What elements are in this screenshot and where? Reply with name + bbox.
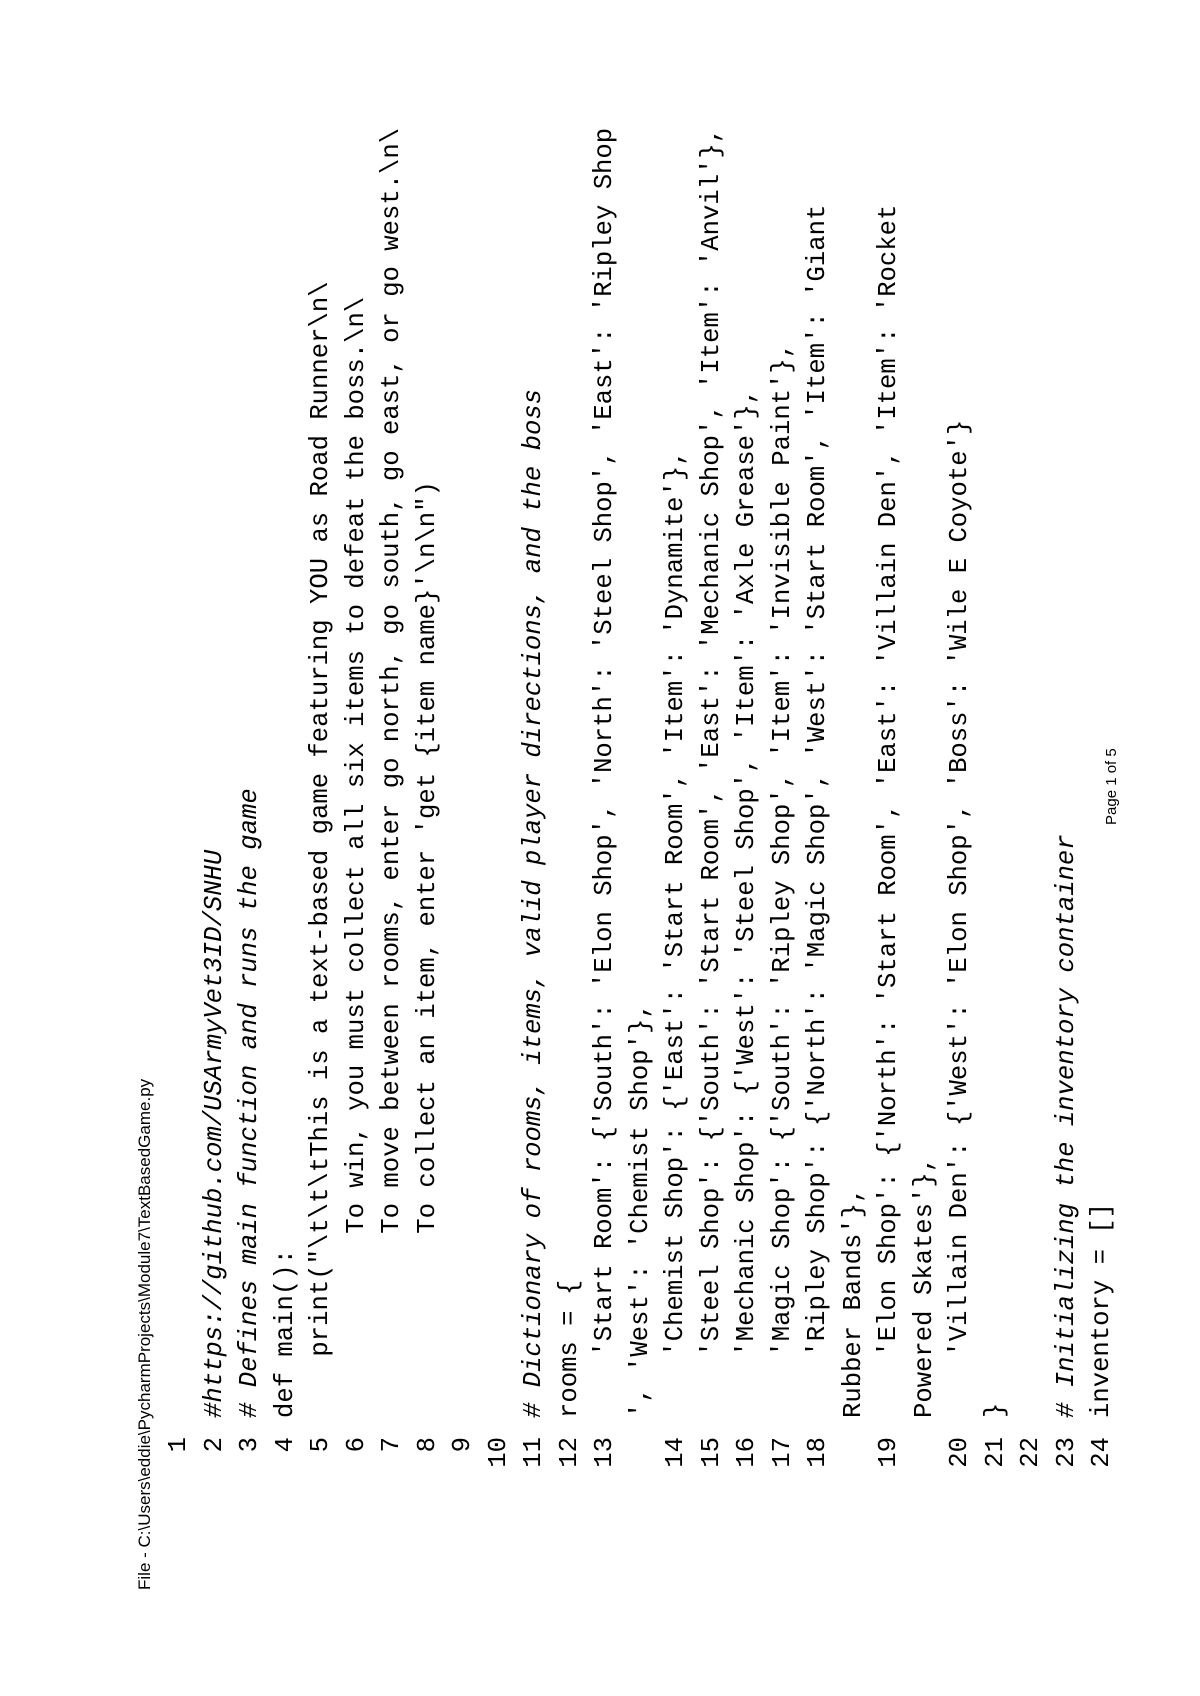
code-text: } bbox=[981, 1403, 1010, 1437]
line-number: 17 bbox=[765, 1437, 801, 1696]
code-text bbox=[164, 1418, 193, 1437]
line-number: 15 bbox=[694, 1437, 730, 1696]
code-line-row: 23# Initializing the inventory container bbox=[1049, 128, 1085, 1696]
code-line-row: 21} bbox=[978, 128, 1014, 1696]
code-text: Powered Skates'}, bbox=[910, 1157, 939, 1437]
code-line-row: 9 bbox=[445, 128, 481, 1696]
code-text: 'Chemist Shop': {'East': 'Start Room', '… bbox=[661, 450, 690, 1437]
code-text: 'Villain Den': {'West': 'Elon Shop', 'Bo… bbox=[945, 420, 974, 1437]
code-comment-text: # Defines main function and runs the gam… bbox=[235, 788, 264, 1437]
code-line-row: 2#https://github.com/USArmyVet3ID/SNHU bbox=[197, 128, 233, 1696]
line-number: 11 bbox=[516, 1437, 552, 1696]
code-line-row: 22 bbox=[1013, 128, 1049, 1696]
line-number: 14 bbox=[658, 1437, 694, 1696]
line-number: 10 bbox=[481, 1437, 517, 1696]
line-number: 5 bbox=[303, 1437, 339, 1696]
line-number: 12 bbox=[552, 1437, 588, 1696]
code-text: To win, you must collect all six items t… bbox=[342, 297, 371, 1437]
code-text: def main(): bbox=[271, 1249, 300, 1437]
code-text: 'Mechanic Shop': {'West': 'Steel Shop', … bbox=[732, 389, 761, 1437]
code-text: 'Magic Shop': {'South': 'Ripley Shop', '… bbox=[768, 343, 797, 1437]
code-text: print("\t\t\tThis is a text-based game f… bbox=[306, 281, 335, 1437]
code-line-row: 16 'Mechanic Shop': {'West': 'Steel Shop… bbox=[729, 128, 765, 1696]
code-comment-text: # Dictionary of rooms, items, valid play… bbox=[519, 389, 548, 1437]
line-number: 4 bbox=[268, 1437, 304, 1696]
code-line-row: 17 'Magic Shop': {'South': 'Ripley Shop'… bbox=[765, 128, 801, 1696]
code-line-row: Powered Skates'}, bbox=[907, 128, 943, 1696]
line-number: 20 bbox=[942, 1437, 978, 1696]
line-number: 6 bbox=[339, 1437, 375, 1696]
line-number: 7 bbox=[374, 1437, 410, 1696]
code-text: rooms = { bbox=[555, 1280, 584, 1437]
code-text: Rubber Bands'}, bbox=[839, 1188, 868, 1437]
code-line-row: 13 'Start Room': {'South': 'Elon Shop', … bbox=[587, 128, 623, 1696]
printed-page: File - C:\Users\eddie\PycharmProjects\Mo… bbox=[0, 0, 1200, 1696]
code-line-row: 3# Defines main function and runs the ga… bbox=[232, 128, 268, 1696]
code-line-row: 6 To win, you must collect all six items… bbox=[339, 128, 375, 1696]
code-line-row: 20 'Villain Den': {'West': 'Elon Shop', … bbox=[942, 128, 978, 1696]
code-line-row: 19 'Elon Shop': {'North': 'Start Room', … bbox=[871, 128, 907, 1696]
code-line-row: 11# Dictionary of rooms, items, valid pl… bbox=[516, 128, 552, 1696]
line-number: 19 bbox=[871, 1437, 907, 1696]
line-number: 9 bbox=[445, 1437, 481, 1696]
line-number: 3 bbox=[232, 1437, 268, 1696]
code-line-row: Rubber Bands'}, bbox=[836, 128, 872, 1696]
line-number: 24 bbox=[1084, 1437, 1120, 1696]
code-text: To collect an item, enter 'get {item nam… bbox=[413, 481, 442, 1437]
code-line-row: 12rooms = { bbox=[552, 128, 588, 1696]
code-text bbox=[484, 1418, 513, 1437]
code-line-row: 4def main(): bbox=[268, 128, 304, 1696]
line-number: 18 bbox=[800, 1437, 836, 1696]
line-number: 16 bbox=[729, 1437, 765, 1696]
line-number: 1 bbox=[161, 1437, 197, 1696]
code-line-row: 24inventory = [] bbox=[1084, 128, 1120, 1696]
code-line-row: 10 bbox=[481, 128, 517, 1696]
page-number-footer: Page 1 of 5 bbox=[1103, 748, 1120, 825]
code-line-row: 15 'Steel Shop': {'South': 'Start Room',… bbox=[694, 128, 730, 1696]
code-text bbox=[1016, 1418, 1045, 1437]
code-text: inventory = [] bbox=[1087, 1203, 1116, 1437]
line-number: 13 bbox=[587, 1437, 623, 1696]
code-line-row: 1 bbox=[161, 128, 197, 1696]
line-number: 22 bbox=[1013, 1437, 1049, 1696]
line-number: 23 bbox=[1049, 1437, 1085, 1696]
code-line-row: 14 'Chemist Shop': {'East': 'Start Room'… bbox=[658, 128, 694, 1696]
code-line-row: 18 'Ripley Shop': {'North': 'Magic Shop'… bbox=[800, 128, 836, 1696]
code-comment-text: #https://github.com/USArmyVet3ID/SNHU bbox=[200, 850, 229, 1437]
code-text: 'Elon Shop': {'North': 'Start Room', 'Ea… bbox=[874, 205, 903, 1437]
code-text: To move between rooms, enter go north, g… bbox=[377, 128, 406, 1437]
code-line-row: 8 To collect an item, enter 'get {item n… bbox=[410, 128, 446, 1696]
line-number: 2 bbox=[197, 1437, 233, 1696]
code-text: 'Start Room': {'South': 'Elon Shop', 'No… bbox=[590, 128, 619, 1437]
code-text bbox=[448, 1418, 477, 1437]
code-area: 12#https://github.com/USArmyVet3ID/SNHU3… bbox=[161, 128, 1120, 1696]
code-line-row: ', 'West': 'Chemist Shop'}, bbox=[623, 128, 659, 1696]
code-line-row: 7 To move between rooms, enter go north,… bbox=[374, 128, 410, 1696]
code-text: 'Steel Shop': {'South': 'Start Room', 'E… bbox=[697, 128, 726, 1437]
code-text: 'Ripley Shop': {'North': 'Magic Shop', '… bbox=[803, 205, 832, 1437]
file-path-header: File - C:\Users\eddie\PycharmProjects\Mo… bbox=[135, 1079, 155, 1590]
line-number: 21 bbox=[978, 1437, 1014, 1696]
line-number: 8 bbox=[410, 1437, 446, 1696]
code-comment-text: # Initializing the inventory container bbox=[1052, 834, 1081, 1437]
code-line-row: 5 print("\t\t\tThis is a text-based game… bbox=[303, 128, 339, 1696]
code-text: ', 'West': 'Chemist Shop'}, bbox=[626, 1003, 655, 1437]
